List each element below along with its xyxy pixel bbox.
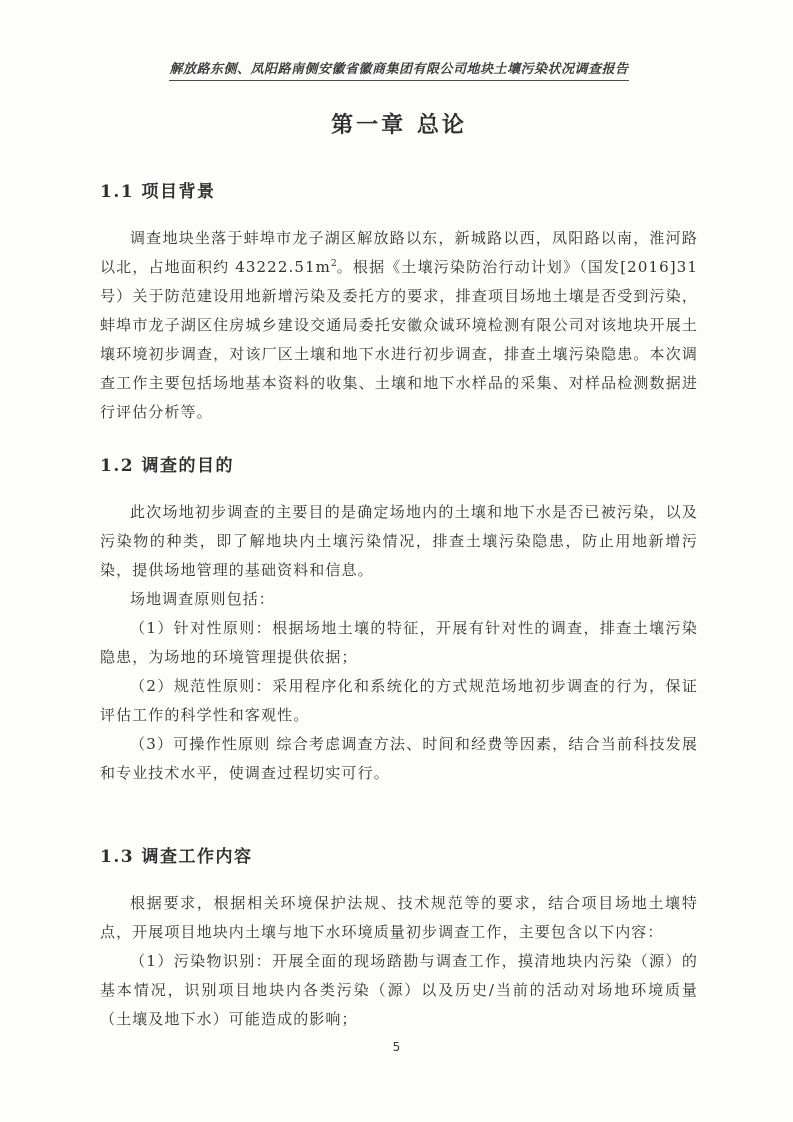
paragraph-pollutant-identification: （1）污染物识别：开展全面的现场踏勘与调查工作，摸清地块内污染（源）的基本情况，… (100, 947, 698, 1034)
page-header: 解放路东侧、凤阳路南侧安徽省徽商集团有限公司地块土壤污染状况调查报告 (100, 58, 698, 81)
page-content: 解放路东侧、凤阳路南侧安徽省徽商集团有限公司地块土壤污染状况调查报告 第一章 总… (0, 0, 793, 1034)
paragraph-principle-2: （2）规范性原则：采用程序化和系统化的方式规范场地初步调查的行为，保证评估工作的… (100, 672, 698, 730)
section-survey-purpose: 1.2 调查的目的 此次场地初步调查的主要目的是确定场地内的土壤和地下水是否已被… (100, 451, 698, 788)
paragraph-principles-intro: 场地调查原则包括： (100, 585, 698, 614)
section-project-background: 1.1 项目背景 调查地块坐落于蚌埠市龙子湖区解放路以东，新城路以西，凤阳路以南… (100, 177, 698, 427)
section-heading-1-1: 1.1 项目背景 (100, 177, 698, 202)
page-number: 5 (0, 1040, 793, 1054)
section-heading-1-2: 1.2 调查的目的 (100, 451, 698, 476)
report-title-header: 解放路东侧、凤阳路南侧安徽省徽商集团有限公司地块土壤污染状况调查报告 (169, 58, 628, 81)
paragraph-work-intro: 根据要求，根据相关环境保护法规、技术规范等的要求，结合项目场地土壤特点，开展项目… (100, 889, 698, 947)
paragraph-background: 调查地块坐落于蚌埠市龙子湖区解放路以东，新城路以西，凤阳路以南，淮河路以北，占地… (100, 224, 698, 427)
document-page: 解放路东侧、凤阳路南侧安徽省徽商集团有限公司地块土壤污染状况调查报告 第一章 总… (0, 0, 793, 1122)
section-heading-1-3: 1.3 调查工作内容 (100, 842, 698, 867)
section-survey-work-content: 1.3 调查工作内容 根据要求，根据相关环境保护法规、技术规范等的要求，结合项目… (100, 842, 698, 1034)
chapter-title: 第一章 总论 (100, 108, 698, 139)
paragraph-principle-1: （1）针对性原则：根据场地土壤的特征，开展有针对性的调查，排查土壤污染隐患，为场… (100, 614, 698, 672)
paragraph-purpose: 此次场地初步调查的主要目的是确定场地内的土壤和地下水是否已被污染，以及污染物的种… (100, 498, 698, 585)
paragraph-text-run: 。根据《土壤污染防治行动计划》（国发[2016]31 号）关于防范建设用地新增污… (100, 258, 698, 421)
paragraph-principle-3: （3）可操作性原则 综合考虑调查方法、时间和经费等因素，结合当前科技发展和专业技… (100, 730, 698, 788)
